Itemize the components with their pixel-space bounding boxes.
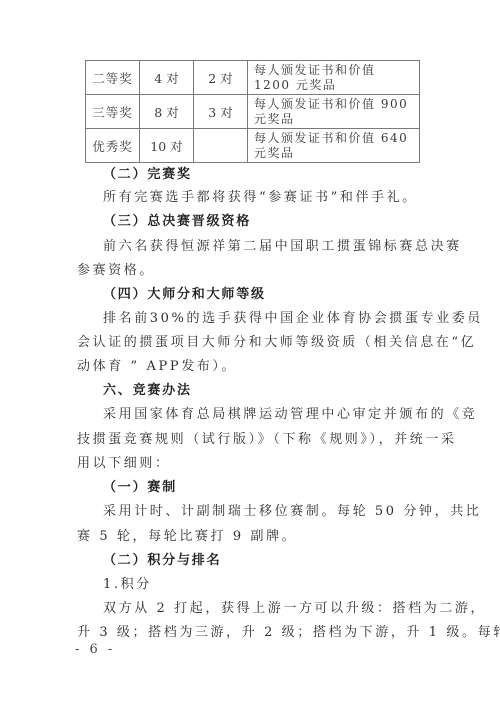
prize-description: 每人颁发证书和价值 640 元奖品 <box>248 129 420 163</box>
pair-count: 10 对 <box>140 129 194 163</box>
section-heading-scoring-ranking: （二）积分与排名 <box>103 551 453 571</box>
prize-name: 二等奖 <box>86 61 140 95</box>
paragraph-line: 采用计时、计副制瑞士移位赛制。每轮 50 分钟，共比 <box>103 502 453 522</box>
awards-table: 二等奖 4 对 2 对 每人颁发证书和价值 1200 元奖品 三等奖 8 对 3… <box>85 60 420 163</box>
section-heading-finals-qualification: （三）总决赛晋级资格 <box>103 212 453 232</box>
pair-count: 8 对 <box>140 95 194 129</box>
document-page: 二等奖 4 对 2 对 每人颁发证书和价值 1200 元奖品 三等奖 8 对 3… <box>0 0 500 706</box>
prize-description: 每人颁发证书和价值 900 元奖品 <box>248 95 420 129</box>
table-row: 优秀奖 10 对 每人颁发证书和价值 640 元奖品 <box>86 129 420 163</box>
paragraph-line: 用以下细则： <box>77 454 427 474</box>
pair-count-secondary: 2 对 <box>194 61 248 95</box>
paragraph-line: 前六名获得恒源祥第二届中国职工掼蛋锦标赛总决赛 <box>103 237 453 257</box>
subheading-scoring: 1.积分 <box>103 575 453 595</box>
paragraph-line: 动体育 ” APP发布）。 <box>77 357 427 377</box>
pair-count-secondary <box>194 129 248 163</box>
prize-name: 优秀奖 <box>86 129 140 163</box>
paragraph-line: 所有完赛选手都将获得“参赛证书”和伴手礼。 <box>103 188 453 208</box>
table-row: 三等奖 8 对 3 对 每人颁发证书和价值 900 元奖品 <box>86 95 420 129</box>
pair-count: 4 对 <box>140 61 194 95</box>
table-row: 二等奖 4 对 2 对 每人颁发证书和价值 1200 元奖品 <box>86 61 420 95</box>
paragraph-line: 参赛资格。 <box>77 261 427 281</box>
section-heading-competition-method: 六、竞赛办法 <box>103 381 453 401</box>
section-heading-master-points: （四）大师分和大师等级 <box>103 285 453 305</box>
pair-count-secondary: 3 对 <box>194 95 248 129</box>
paragraph-line: 升 3 级；搭档为三游，升 2 级；搭档为下游，升 1 级。每轮 <box>77 623 427 643</box>
paragraph-line: 双方从 2 打起，获得上游一方可以升级：搭档为二游， <box>103 599 453 619</box>
section-heading-format: （一）赛制 <box>103 478 453 498</box>
paragraph-line: 会认证的掼蛋项目大师分和大师等级资质（相关信息在“亿 <box>77 333 427 353</box>
prize-name: 三等奖 <box>86 95 140 129</box>
page-number: - 6 - <box>75 642 115 657</box>
prize-description: 每人颁发证书和价值 1200 元奖品 <box>248 61 420 95</box>
paragraph-line: 排名前30%的选手获得中国企业体育协会掼蛋专业委员 <box>103 309 453 329</box>
section-heading-completion-award: （二）完赛奖 <box>103 165 453 185</box>
paragraph-line: 技掼蛋竞赛规则（试行版）》（下称《规则》），并统一采 <box>77 430 427 450</box>
paragraph-line: 采用国家体育总局棋牌运动管理中心审定并颁布的《竞 <box>103 405 453 425</box>
paragraph-line: 赛 5 轮，每轮比赛打 9 副牌。 <box>77 527 427 547</box>
